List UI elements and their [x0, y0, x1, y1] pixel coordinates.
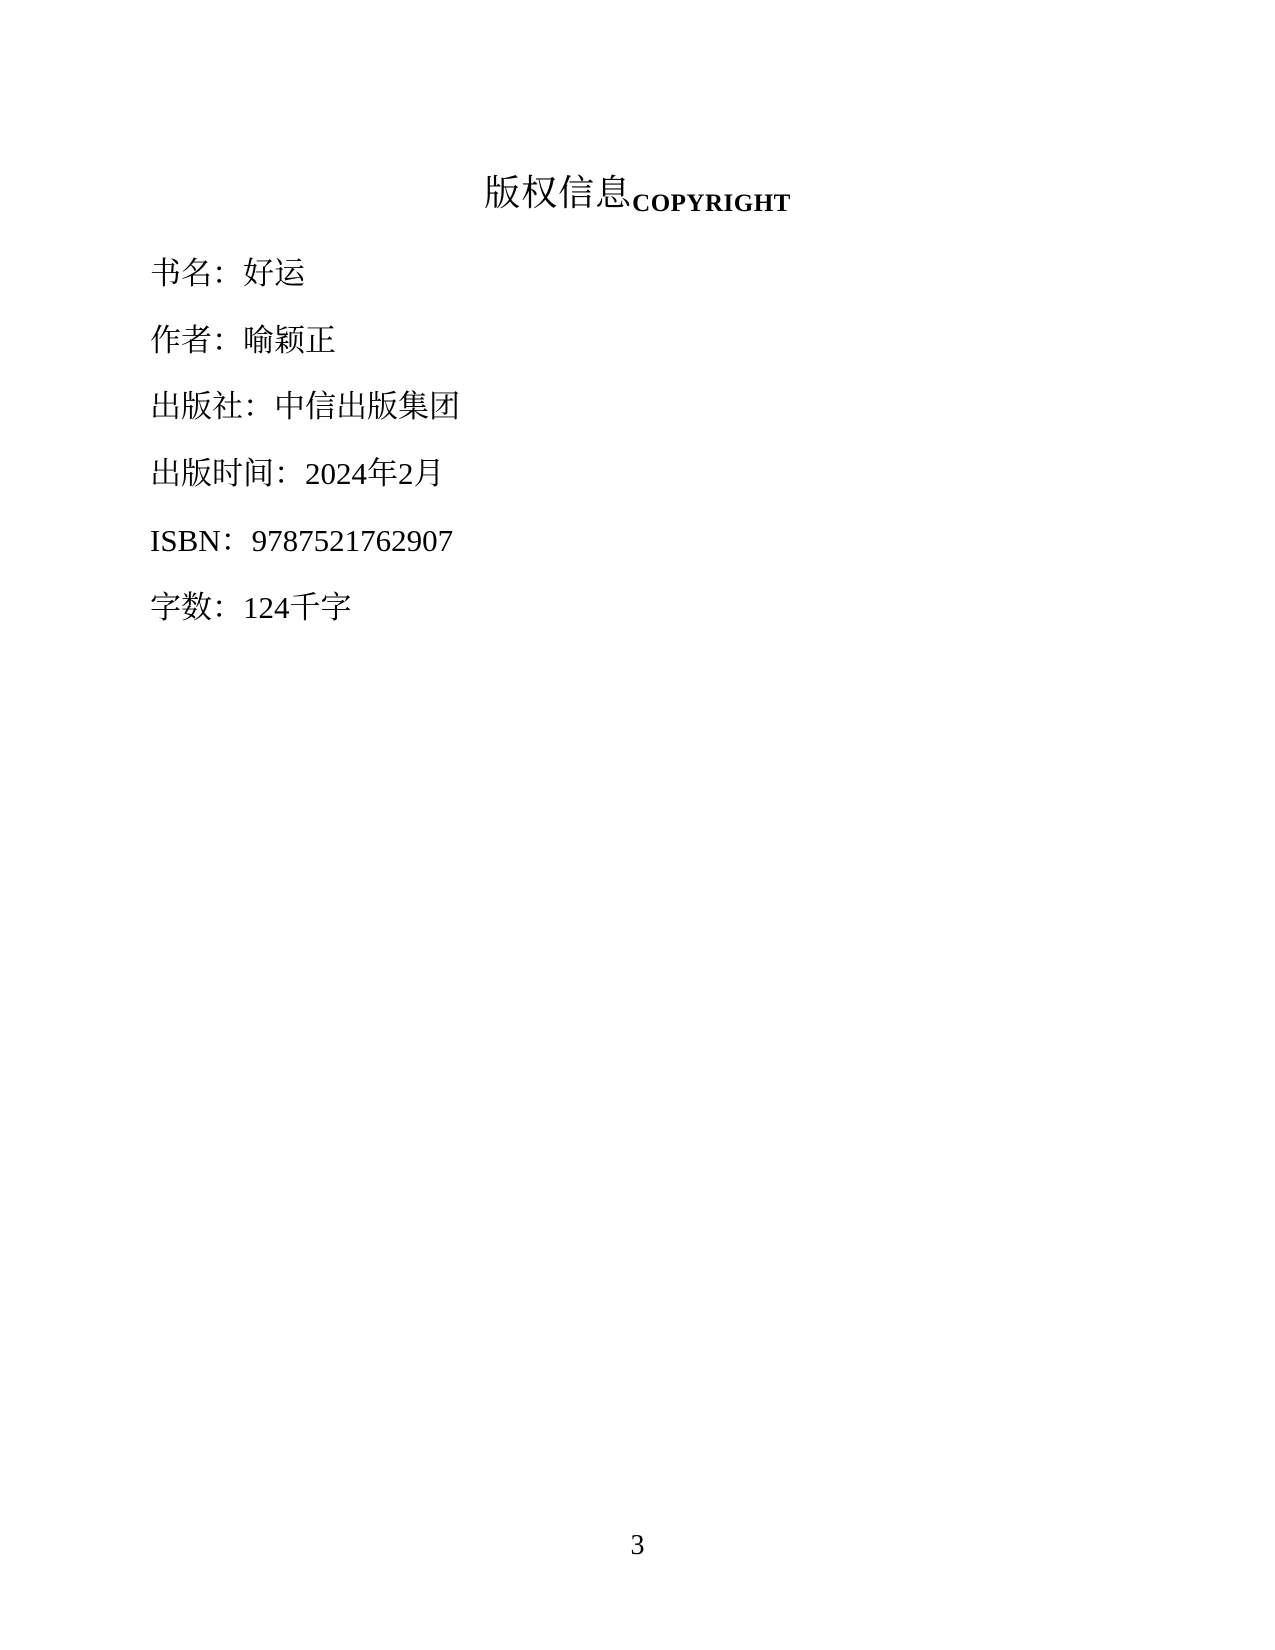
page-title-cjk: 版权信息: [484, 173, 632, 213]
publisher-line: 出版社：中信出版集团: [150, 374, 1155, 441]
page-number: 3: [0, 1526, 1275, 1650]
document-page: 版权信息COPYRIGHT 书名：好运 作者：喻颖正 出版社：中信出版集团 出版…: [0, 0, 1275, 1650]
author-line: 作者：喻颖正: [150, 308, 1155, 375]
book-title-line: 书名：好运: [150, 241, 1155, 308]
publish-date-line: 出版时间：2024年2月: [150, 441, 1155, 508]
copyright-info-block: 书名：好运 作者：喻颖正 出版社：中信出版集团 出版时间：2024年2月 ISB…: [150, 241, 1155, 641]
word-count-line: 字数：124千字: [150, 575, 1155, 642]
page-title-latin: COPYRIGHT: [632, 190, 791, 217]
page-title: 版权信息COPYRIGHT: [0, 168, 1275, 229]
isbn-line: ISBN：9787521762907: [150, 508, 1155, 575]
